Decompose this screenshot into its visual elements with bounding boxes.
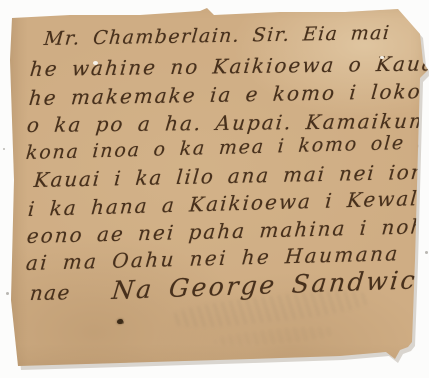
red-fiber-mark [8, 28, 11, 36]
ink-blot [117, 319, 123, 324]
dust-speck [6, 292, 9, 295]
handwriting-line-2: he wahine no Kaikioewa o Kauai [29, 51, 429, 81]
handwriting-line-7: i ka hana a Kaikioewa i Kewalo [27, 186, 429, 221]
handwriting-line-6: Kauai i ka lilo ana mai nei ione [33, 159, 429, 192]
handwriting-line-9: ai ma Oahu nei he Haumana [25, 241, 401, 275]
dust-speck [425, 251, 428, 254]
handwriting-line-8: eono ae nei paha mahina i noho [26, 214, 429, 248]
letter-paper: Mr. Chamberlain. Sir. Eia mai he wahine … [0, 0, 429, 378]
handwriting-line-5: kona inoa o ka mea i komo ole ai i [25, 131, 429, 164]
handwriting-line-4: o ka po a ha. Aupai. Kamaikumu [26, 109, 429, 137]
scanned-letter: Mr. Chamberlain. Sir. Eia mai he wahine … [0, 0, 429, 378]
dust-speck [3, 148, 5, 150]
paper-fleck [93, 61, 98, 65]
signature: Na George Sandwich [110, 265, 429, 305]
handwriting-line-1: Mr. Chamberlain. Sir. Eia mai [43, 22, 391, 50]
verso-bleed-through [215, 325, 336, 348]
handwriting-line-3: he makemake ia e komo i loko [28, 79, 423, 110]
verso-bleed-through [169, 286, 371, 333]
handwriting-line-10: nae [29, 280, 72, 305]
paper-fleck [380, 56, 384, 59]
